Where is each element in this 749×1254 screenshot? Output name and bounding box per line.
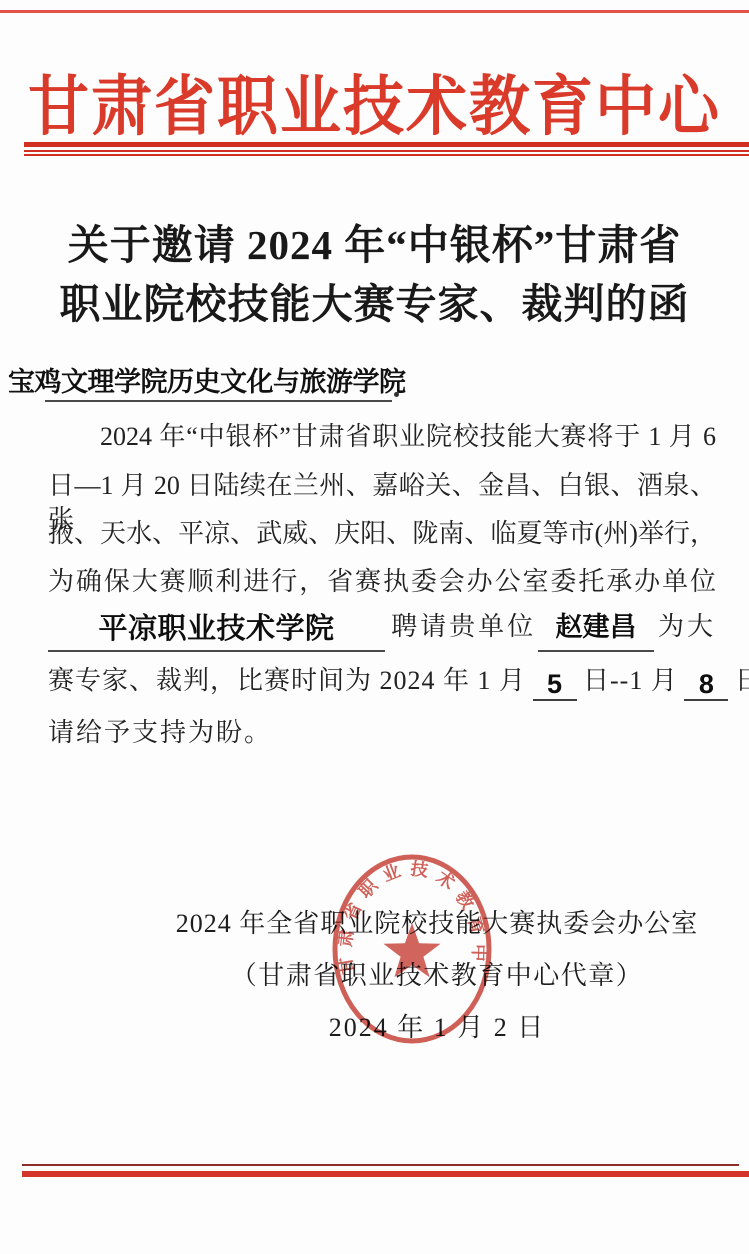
recipient-blank-underline	[45, 400, 392, 402]
colon-dot-mark	[394, 392, 399, 397]
date-sentence-prefix: 赛专家、裁判，比赛时间为 2024 年 1 月	[48, 666, 526, 695]
after-invitee-text: 为大	[654, 610, 716, 652]
letter-page: 甘肃省职业技术教育中心 关于邀请 2024 年“中银杯”甘肃省 职业院校技能大赛…	[0, 0, 749, 1254]
bottom-rule-thick	[22, 1171, 749, 1177]
document-title: 关于邀请 2024 年“中银杯”甘肃省 职业院校技能大赛专家、裁判的函	[0, 216, 749, 334]
bottom-rule-thin	[22, 1164, 739, 1166]
closing-office-name: 2024 年全省职业院校技能大赛执委会办公室	[117, 903, 749, 940]
invitee-name-blank: 赵建昌	[538, 610, 654, 652]
body-line-4: 为确保大赛顺利进行，省赛执委会办公室委托承办单位	[48, 565, 716, 599]
date-sentence-mid: 日--1 月	[583, 666, 678, 695]
top-red-rule	[0, 10, 749, 13]
letterhead-org-name: 甘肃省职业技术教育中心	[0, 55, 749, 147]
date-sentence-suffix: 日，	[735, 666, 749, 695]
masthead-rule-thin-1	[24, 150, 749, 152]
body-line-7: 请给予支持为盼。	[48, 716, 716, 750]
document-title-line-2: 职业院校技能大赛专家、裁判的函	[0, 275, 749, 334]
after-host-text: 聘请贵单位	[385, 610, 538, 652]
closing-date: 2024 年 1 月 2 日	[117, 1007, 749, 1044]
body-line-5: 平凉职业技术学院 聘请贵单位 赵建昌 为大	[48, 608, 716, 652]
masthead-rule-thick	[24, 142, 749, 147]
recipient-filled-name: 宝鸡文理学院历史文化与旅游学院	[8, 360, 406, 399]
body-line-6: 赛专家、裁判，比赛时间为 2024 年 1 月 5 日--1 月 8 日，	[48, 664, 716, 701]
body-line-3: 掖、天水、平凉、武威、庆阳、陇南、临夏等市(州)举行，	[48, 517, 716, 551]
closing-seal-note: （甘肃省职业技术教育中心代章）	[117, 955, 749, 992]
host-unit-blank: 平凉职业技术学院	[48, 612, 385, 652]
document-title-line-1: 关于邀请 2024 年“中银杯”甘肃省	[0, 216, 749, 275]
end-day-blank: 8	[684, 669, 728, 701]
start-day-blank: 5	[533, 669, 577, 701]
body-line-1: 2024 年“中银杯”甘肃省职业院校技能大赛将于 1 月 6	[48, 420, 716, 454]
masthead-rule-thin-2	[24, 154, 749, 156]
